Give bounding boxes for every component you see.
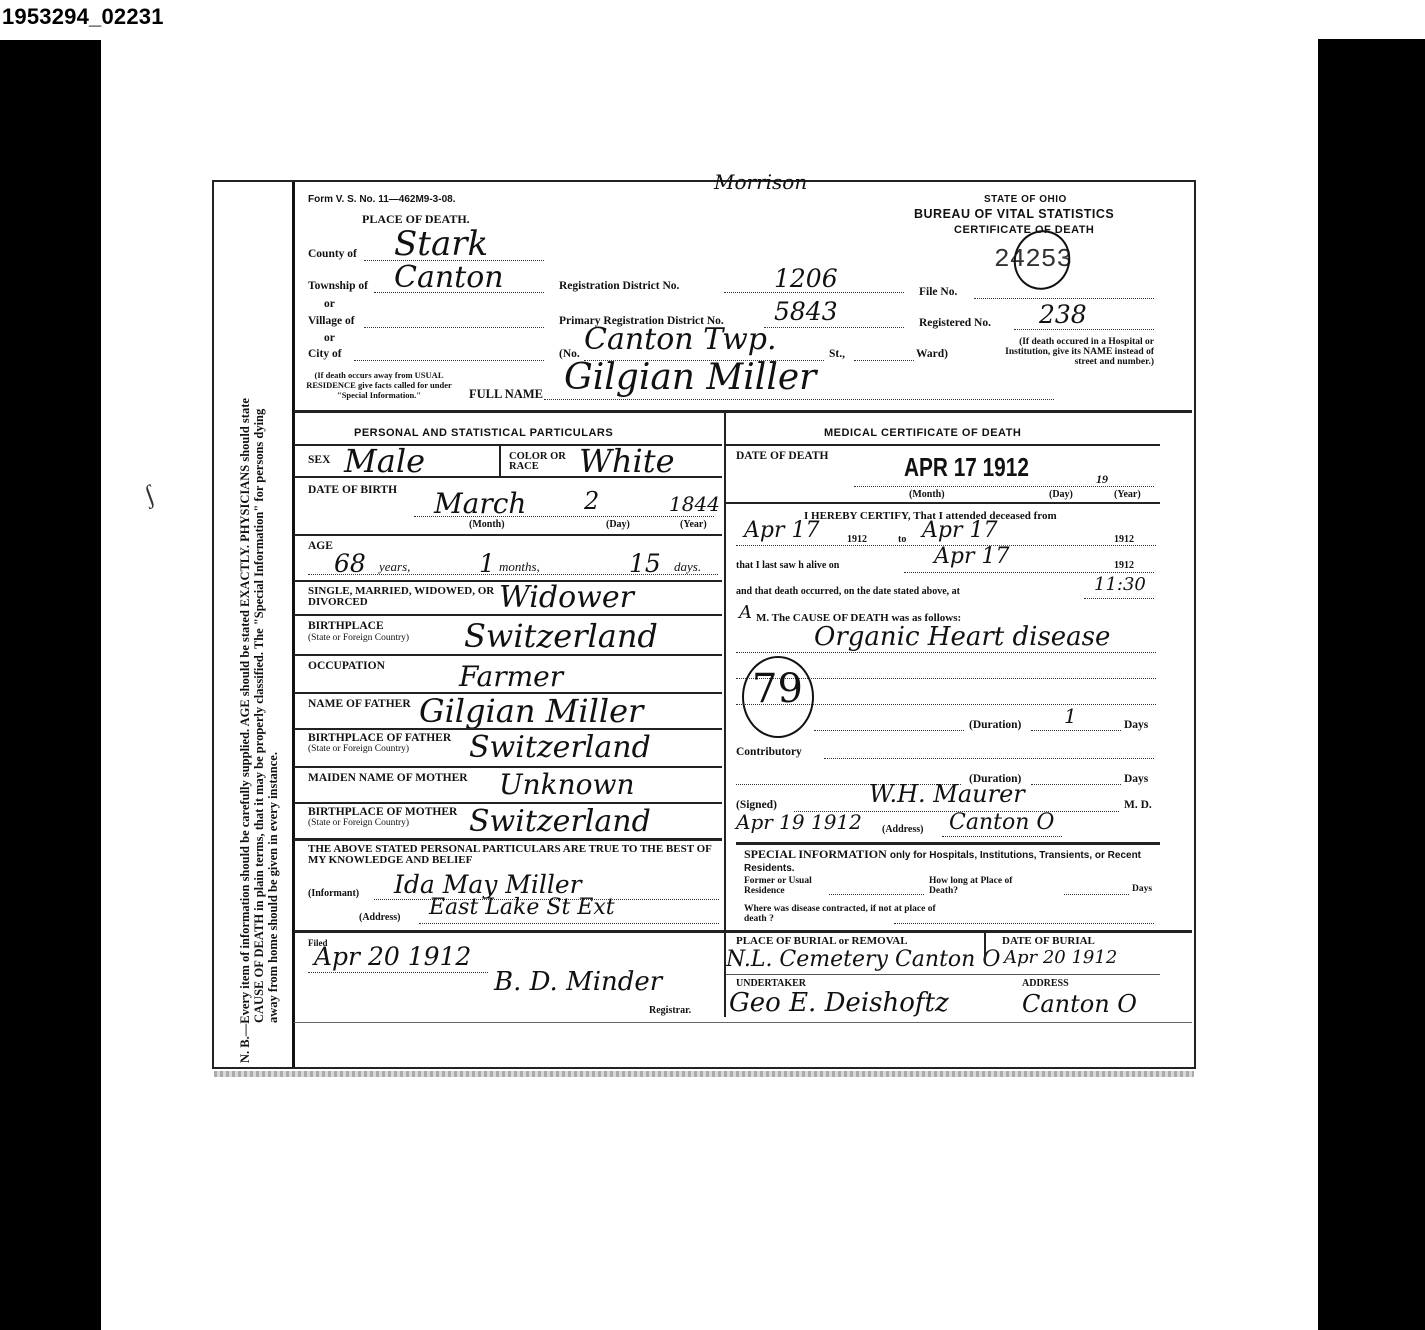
county-value: Stark <box>394 224 488 264</box>
day-caption: (Day) <box>606 519 630 530</box>
age-months: 1 <box>479 549 495 578</box>
father-birthplace-value: Switzerland <box>469 730 651 765</box>
township-label: Township of <box>308 280 368 292</box>
age-days: 15 <box>629 549 661 578</box>
file-no-label: File No. <box>919 286 957 298</box>
occupation-label: OCCUPATION <box>308 660 385 672</box>
reg-district-value: 1206 <box>774 264 838 293</box>
dob-label: DATE OF BIRTH <box>308 484 397 496</box>
md-label: M. D. <box>1124 799 1152 811</box>
ward-label: Ward) <box>916 348 948 360</box>
dod-stamp: APR 17 1912 <box>904 452 1029 483</box>
dod-label: DATE OF DEATH <box>736 450 828 462</box>
full-name-label: FULL NAME <box>469 387 543 402</box>
street-value: Canton Twp. <box>584 322 777 357</box>
informant-label: (Informant) <box>308 888 359 899</box>
informant-address-label: (Address) <box>359 912 400 923</box>
form-number: Form V. S. No. 11—462M9-3-08. <box>308 194 455 205</box>
marital-label: SINGLE, MARRIED, WIDOWED, OR DIVORCED <box>308 586 508 608</box>
attended-from-year: 1912 <box>847 534 867 545</box>
mother-label: MAIDEN NAME OF MOTHER <box>308 772 468 784</box>
special-info-title: SPECIAL INFORMATION <box>744 847 887 861</box>
last-saw-date: Apr 17 <box>934 544 1009 569</box>
county-label: County of <box>308 248 357 260</box>
undertaker-value: Geo E. Deishoftz <box>729 988 949 1018</box>
scan-border-right <box>1318 39 1425 1330</box>
attended-to-year: 1912 <box>1114 534 1134 545</box>
margin-note-line-2: CAUSE OF DEATH in plain terms, that it m… <box>252 183 266 1063</box>
state-heading: STATE OF OHIO <box>984 194 1067 205</box>
days2-label: Days <box>1124 773 1148 785</box>
country-caption-father: (State or Foreign Country) <box>308 744 409 754</box>
month-caption: (Month) <box>469 519 505 530</box>
years-word: years, <box>379 559 410 575</box>
age-years: 68 <box>334 549 366 578</box>
margin-note-line-3: away from home should be given in every … <box>266 183 280 1063</box>
age-label: AGE <box>308 540 333 552</box>
registered-no-label: Registered No. <box>919 317 991 329</box>
year-caption: (Year) <box>680 519 707 530</box>
country-caption-mother: (State or Foreign Country) <box>308 818 409 828</box>
margin-note-line-1: N. B.—Every item of information should b… <box>238 183 252 1063</box>
dod-year-caption: (Year) <box>1114 489 1141 500</box>
dod-month-caption: (Month) <box>909 489 945 500</box>
registrar-signature: B. D. Minder <box>494 967 662 997</box>
disease-contracted-label: Where was disease contracted, if not at … <box>744 904 944 924</box>
color-value: White <box>579 442 675 480</box>
hospital-note: (If death occured in a Hospital or Insti… <box>984 337 1154 367</box>
sex-value: Male <box>344 442 425 480</box>
undertaker-address-value: Canton O <box>1022 990 1137 1018</box>
dod-year-prefix: 19 <box>1096 472 1108 487</box>
full-name-value: Gilgian Miller <box>564 357 816 398</box>
st-label: St., <box>829 348 845 360</box>
stray-mark: ʃ <box>140 479 158 510</box>
image-id-label: 1953294_02231 <box>2 4 164 30</box>
days-word: days. <box>674 559 701 575</box>
physician-signature: W.H. Maurer <box>869 780 1025 808</box>
former-residence-label: Former or Usual Residence <box>744 876 854 896</box>
color-label: COLOR OR RACE <box>509 452 569 472</box>
contributory-label: Contributory <box>736 746 802 758</box>
township-value: Canton <box>394 260 504 295</box>
burial-place-value: N.L. Cemetery Canton O <box>726 947 1000 972</box>
how-long-label: How long at Place of Death? <box>929 876 1029 896</box>
burial-place-label: PLACE OF BURIAL or REMOVAL <box>736 935 908 947</box>
village-label: Village of <box>308 315 355 327</box>
scan-border-left <box>0 40 101 1330</box>
duration-label: (Duration) <box>969 719 1021 731</box>
dob-month: March <box>434 487 526 520</box>
informant-address-value: East Lake St Ext <box>429 895 615 920</box>
registrar-label: Registrar. <box>649 1005 691 1016</box>
dob-day: 2 <box>584 487 599 515</box>
city-label: City of <box>308 348 342 360</box>
days-label: Days <box>1124 719 1148 731</box>
occupation-value: Farmer <box>459 660 563 693</box>
death-time: 11:30 <box>1094 574 1146 595</box>
death-time-text: and that death occurred, on the date sta… <box>736 586 960 597</box>
marital-value: Widower <box>499 580 634 615</box>
burial-date-value: Apr 20 1912 <box>1004 947 1117 968</box>
certificate-heading: CERTIFICATE OF DEATH <box>954 224 1094 236</box>
death-certificate: N. B.—Every item of information should b… <box>212 180 1196 1069</box>
burial-date-label: DATE OF BURIAL <box>1002 935 1095 947</box>
duration-value: 1 <box>1064 704 1077 728</box>
mother-birthplace-label: BIRTHPLACE OF MOTHER <box>308 806 457 818</box>
father-label: NAME OF FATHER <box>308 698 411 710</box>
to-word: to <box>898 534 906 545</box>
sex-label: SEX <box>308 454 330 466</box>
special-info: SPECIAL INFORMATION only for Hospitals, … <box>744 848 1164 875</box>
birthplace-value: Switzerland <box>464 617 658 655</box>
reg-district-label: Registration District No. <box>559 280 679 292</box>
dod-day-caption: (Day) <box>1049 489 1073 500</box>
father-birthplace-label: BIRTHPLACE OF FATHER <box>308 732 451 744</box>
bureau-heading: BUREAU OF VITAL STATISTICS <box>914 207 1114 221</box>
cause-of-death: Organic Heart disease <box>814 622 1110 652</box>
birthplace-label: BIRTHPLACE <box>308 620 384 632</box>
country-caption: (State or Foreign Country) <box>308 633 409 643</box>
form-body: Form V. S. No. 11—462M9-3-08. PLACE OF D… <box>294 182 1192 1067</box>
registered-no-value: 238 <box>1039 300 1087 329</box>
attended-from: Apr 17 <box>744 518 819 543</box>
last-saw-text: that I last saw h alive on <box>736 560 839 571</box>
months-word: months, <box>499 559 540 575</box>
attestation-text: THE ABOVE STATED PERSONAL PARTICULARS AR… <box>308 844 718 866</box>
margin-note: N. B.—Every item of information should b… <box>214 182 295 1067</box>
dob-year: 1844 <box>669 492 720 516</box>
am-pm: A <box>739 602 752 623</box>
mother-birthplace-value: Switzerland <box>469 804 651 839</box>
personal-heading: PERSONAL AND STATISTICAL PARTICULARS <box>354 427 613 439</box>
away-note: (If death occurs away from USUAL RESIDEN… <box>304 370 454 400</box>
signed-date: Apr 19 1912 <box>736 810 862 834</box>
physician-address: Canton O <box>949 810 1054 835</box>
last-saw-year: 1912 <box>1114 560 1134 571</box>
or-label-1: or <box>324 298 335 310</box>
filed-date: Apr 20 1912 <box>314 942 471 971</box>
attended-to: Apr 17 <box>922 518 997 543</box>
or-label-2: or <box>324 332 335 344</box>
circled-code: 79 <box>752 666 803 712</box>
primary-reg-value: 5843 <box>774 297 838 326</box>
mother-value: Unknown <box>499 768 635 801</box>
undertaker-address-label: ADDRESS <box>1022 978 1069 989</box>
top-scribble: Morrison <box>714 170 807 194</box>
father-value: Gilgian Miller <box>419 692 643 730</box>
medical-heading: MEDICAL CERTIFICATE OF DEATH <box>824 427 1021 439</box>
physician-address-label: (Address) <box>882 824 923 835</box>
special-days-label: Days <box>1132 884 1152 894</box>
